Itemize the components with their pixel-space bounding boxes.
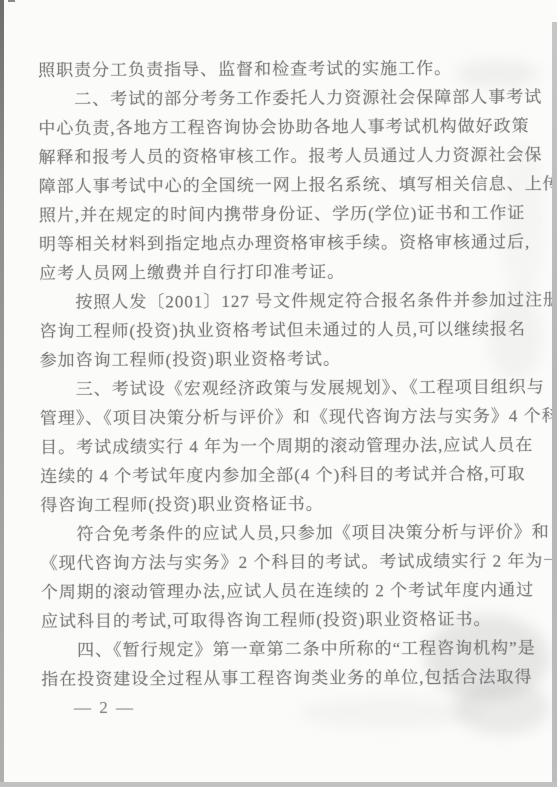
text-line: 符合免考条件的应试人员,只参加《项目决策分析与评价》和 — [40, 517, 522, 549]
text-line: 应试科目的考试,可取得咨询工程师(投资)职业资格证书。 — [41, 604, 523, 636]
text-line: 中心负责,各地方工程咨询协会协助各地人事考试机构做好政策 — [38, 111, 520, 143]
text-line: 按照人发〔2001〕127 号文件规定符合报名条件并参加过注册 — [39, 285, 521, 317]
text-line: 四、《暂行规定》第一章第二条中所称的“工程咨询机构”是 — [41, 633, 523, 665]
text-line: 管理》、《项目决策分析与评价》和《现代咨询方法与实务》4 个科 — [40, 401, 522, 433]
text-line: 照职责分工负责指导、监督和检查考试的实施工作。 — [38, 53, 520, 85]
document-text: 照职责分工负责指导、监督和检查考试的实施工作。 二、考试的部分考务工作委托人力资… — [38, 53, 523, 694]
scan-smudge — [300, 698, 480, 728]
text-line: 《现代咨询方法与实务》2 个科目的考试。考试成绩实行 2 年为一 — [41, 546, 523, 578]
scan-edge-right — [552, 22, 557, 787]
page-number: — 2 — — [74, 698, 135, 718]
scan-edge-mark — [8, 0, 15, 2]
text-line: 应考人员网上缴费并自行打印准考证。 — [39, 256, 521, 288]
text-line: 得咨询工程师(投资)职业资格证书。 — [40, 488, 522, 520]
text-line: 目。考试成绩实行 4 年为一个周期的滚动管理办法,应试人员在 — [40, 430, 522, 462]
text-line: 咨询工程师(投资)执业资格考试但未通过的人员,可以继续报名 — [39, 314, 521, 346]
scan-edge-bottom — [0, 782, 557, 787]
scanned-document-page: 照职责分工负责指导、监督和检查考试的实施工作。 二、考试的部分考务工作委托人力资… — [0, 0, 557, 787]
text-line: 指在投资建设全过程从事工程咨询类业务的单位,包括合法取得 — [41, 662, 523, 694]
text-line: 明等相关材料到指定地点办理资格审核手续。资格审核通过后, — [39, 227, 521, 259]
text-line: 照片,并在规定的时间内携带身份证、学历(学位)证书和工作证 — [39, 198, 521, 230]
text-line: 三、考试设《宏观经济政策与发展规划》、《工程项目组织与 — [40, 372, 522, 404]
text-line: 障部人事考试中心的全国统一网上报名系统、填写相关信息、上传 — [39, 169, 521, 201]
scan-edge-left — [0, 0, 4, 787]
text-line: 参加咨询工程师(投资)职业资格考试。 — [40, 343, 522, 375]
text-line: 二、考试的部分考务工作委托人力资源社会保障部人事考试 — [38, 82, 520, 114]
text-line: 连续的 4 个考试年度内参加全部(4 个)科目的考试并合格,可取 — [40, 459, 522, 491]
text-line: 个周期的滚动管理办法,应试人员在连续的 2 个考试年度内通过 — [41, 575, 523, 607]
text-line: 解释和报考人员的资格审核工作。报考人员通过人力资源社会保 — [38, 140, 520, 172]
